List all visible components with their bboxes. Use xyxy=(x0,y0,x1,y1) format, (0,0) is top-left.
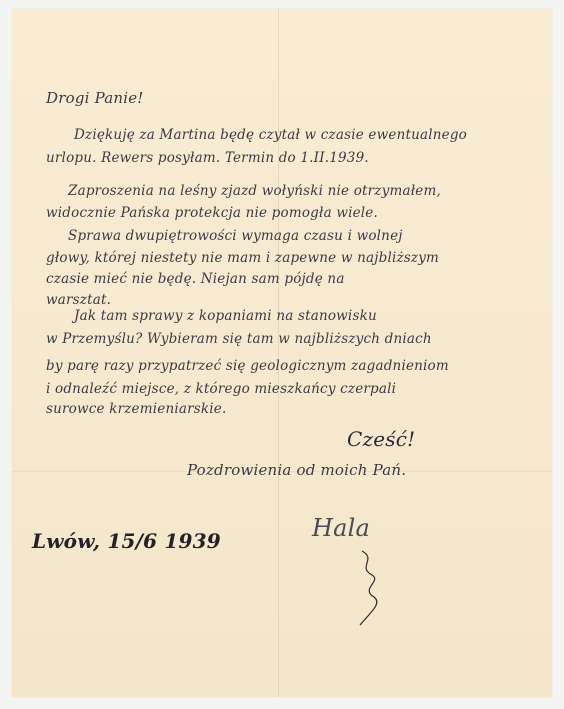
body-line: Dziękuję za Martina będę czytał w czasie… xyxy=(74,127,467,143)
vertical-fold-line xyxy=(278,9,279,697)
body-line: Sprawa dwupiętrowości wymaga czasu i wol… xyxy=(68,228,403,244)
scanned-page: Drogi Panie! Dziękuję za Martina będę cz… xyxy=(0,0,564,709)
place-and-date: Lwów, 15/6 1939 xyxy=(32,529,221,553)
closing: Cześć! xyxy=(347,427,415,451)
signature: Hala xyxy=(312,514,370,542)
greetings-line: Pozdrowienia od moich Pań. xyxy=(187,461,406,479)
body-line: by parę razy przypatrzeć się geologiczny… xyxy=(46,358,449,374)
letter-paper: Drogi Panie! Dziękuję za Martina będę cz… xyxy=(12,9,552,697)
body-line: i odnaleźć miejsce, z którego mieszkańcy… xyxy=(46,381,396,397)
body-line: w Przemyślu? Wybieram się tam w najbliżs… xyxy=(46,331,432,347)
salutation: Drogi Panie! xyxy=(46,89,144,107)
body-line: Jak tam sprawy z kopaniami na stanowisku xyxy=(74,308,377,324)
body-line: widocznie Pańska protekcja nie pomogła w… xyxy=(46,205,378,221)
body-line: głowy, której niestety nie mam i zapewne… xyxy=(46,250,439,266)
body-line: warsztat. xyxy=(46,292,111,308)
body-line: surowce krzemieniarskie. xyxy=(46,401,226,417)
signature-flourish-icon xyxy=(352,549,392,629)
body-line: urlopu. Rewers posyłam. Termin do 1.II.1… xyxy=(46,150,369,166)
body-line: czasie mieć nie będę. Niejan sam pójdę n… xyxy=(46,271,345,287)
body-line: Zaproszenia na leśny zjazd wołyński nie … xyxy=(68,183,441,199)
